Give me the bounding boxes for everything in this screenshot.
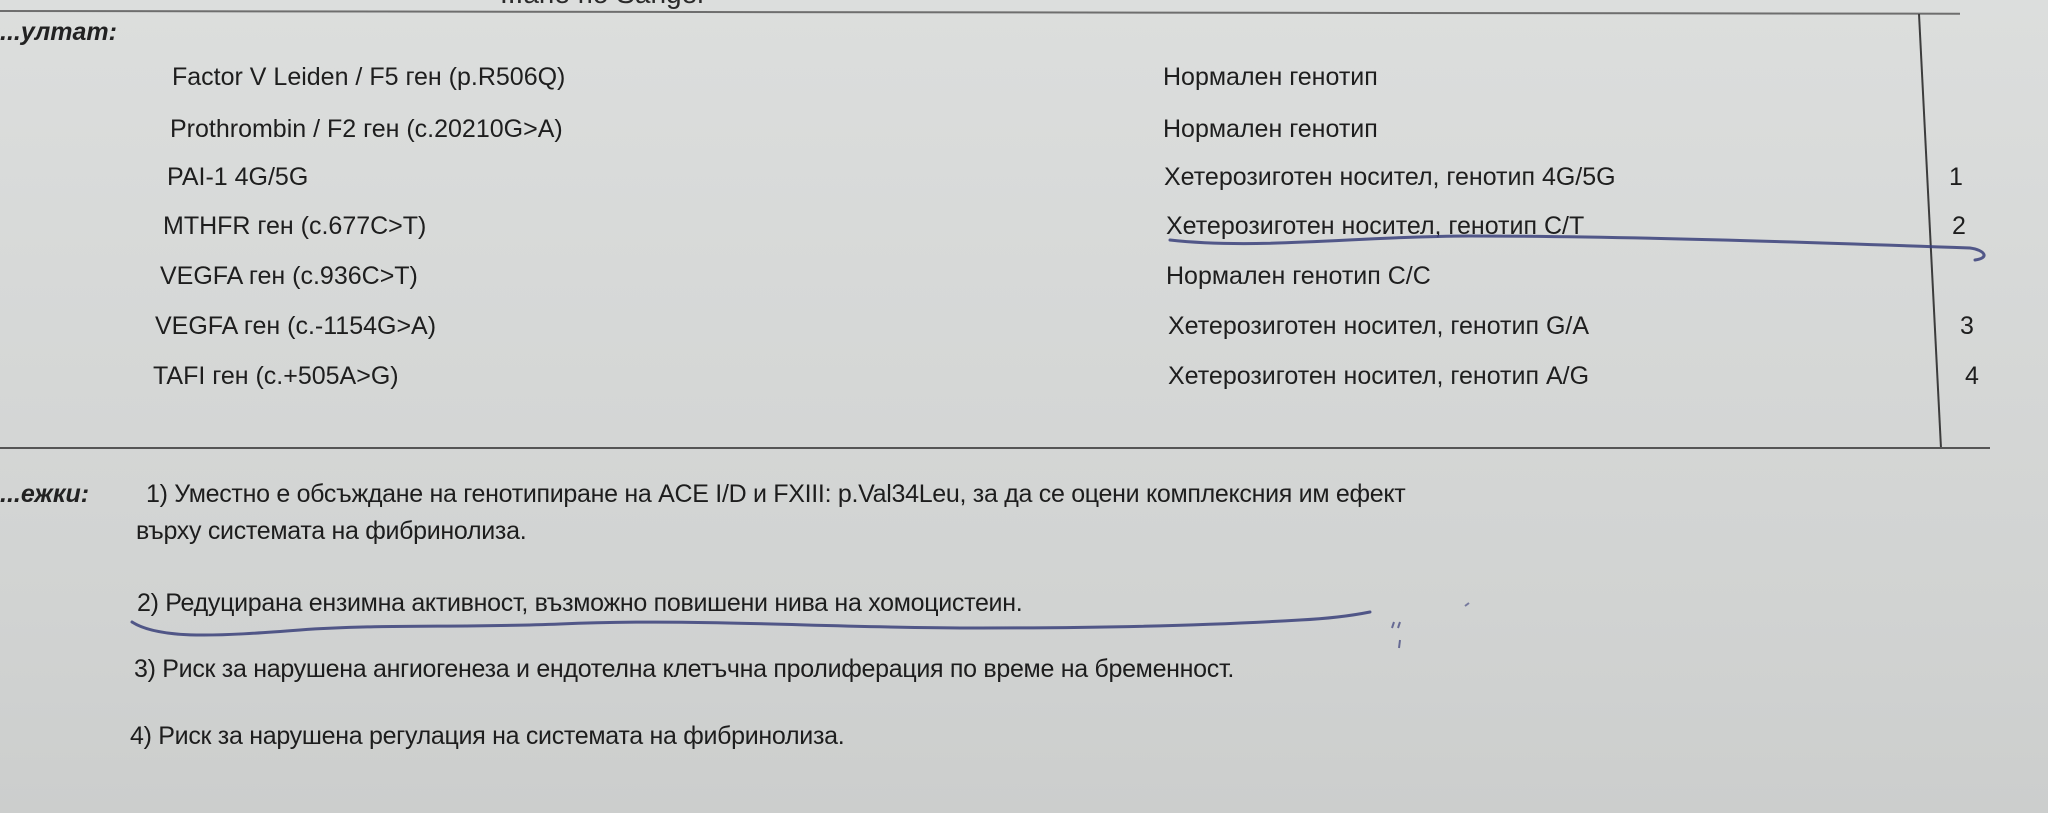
note-reference: 4 bbox=[1965, 362, 1979, 391]
note-item-3: 3) Риск за нарушена ангиогенеза и ендоте… bbox=[134, 655, 1234, 684]
table-bottom-rule bbox=[0, 447, 1990, 449]
genotype-result: Хетерозиготен носител, генотип C/T bbox=[1166, 212, 1584, 241]
note-reference: 3 bbox=[1960, 312, 1974, 341]
note-reference: 2 bbox=[1952, 212, 1966, 241]
result-row: PAI-1 4G/5G Хетерозиготен носител, генот… bbox=[0, 163, 2048, 199]
gene-name: VEGFA ген (c.936C>T) bbox=[160, 262, 418, 291]
gene-name: VEGFA ген (c.-1154G>A) bbox=[155, 312, 436, 341]
result-row: VEGFA ген (c.936C>T) Нормален генотип C/… bbox=[0, 262, 2048, 298]
result-row: VEGFA ген (c.-1154G>A) Хетерозиготен нос… bbox=[0, 312, 2048, 348]
gene-name: TAFI ген (c.+505A>G) bbox=[153, 362, 399, 391]
note-text: 3) Риск за нарушена ангиогенеза и ендоте… bbox=[134, 655, 1234, 683]
note-reference: 1 bbox=[1949, 163, 1963, 192]
gene-name: Factor V Leiden / F5 ген (p.R506Q) bbox=[172, 63, 565, 92]
result-row: Factor V Leiden / F5 ген (p.R506Q) Норма… bbox=[0, 63, 2048, 99]
note-text-line2: върху системата на фибринолиза. bbox=[136, 517, 1405, 546]
genotype-result: Нормален генотип bbox=[1163, 115, 1378, 144]
gene-name: PAI-1 4G/5G bbox=[167, 163, 308, 192]
cut-off-header-text: ...ане по Sanger bbox=[500, 0, 707, 10]
result-row: MTHFR ген (c.677C>T) Хетерозиготен носит… bbox=[0, 212, 2048, 248]
note-item-4: 4) Риск за нарушена регулация на система… bbox=[130, 722, 844, 751]
gene-name: Prothrombin / F2 ген (c.20210G>A) bbox=[170, 115, 563, 144]
note-text: 2) Редуцирана ензимна активност, възможн… bbox=[137, 589, 1022, 617]
genotype-result: Хетерозиготен носител, генотип G/A bbox=[1168, 312, 1589, 341]
table-top-rule bbox=[0, 10, 1960, 15]
photographed-report-page: ...ане по Sanger ...ултат: Factor V Leid… bbox=[0, 0, 2048, 813]
note-text-line1: 1) Уместно е обсъждане на генотипиране н… bbox=[146, 480, 1405, 508]
result-row: Prothrombin / F2 ген (c.20210G>A) Нормал… bbox=[0, 115, 2048, 151]
notes-section-label: ...ежки: bbox=[0, 480, 89, 509]
note-text: 4) Риск за нарушена регулация на система… bbox=[130, 722, 844, 750]
genotype-result: Нормален генотип bbox=[1163, 63, 1378, 92]
result-row: TAFI ген (c.+505A>G) Хетерозиготен носит… bbox=[0, 362, 2048, 398]
result-section-label: ...ултат: bbox=[0, 18, 117, 47]
genotype-result: Хетерозиготен носител, генотип 4G/5G bbox=[1164, 163, 1616, 192]
gene-name: MTHFR ген (c.677C>T) bbox=[163, 212, 426, 241]
genotype-result: Хетерозиготен носител, генотип A/G bbox=[1168, 362, 1589, 391]
note-item-2: 2) Редуцирана ензимна активност, възможн… bbox=[137, 589, 1022, 618]
genotype-result: Нормален генотип C/C bbox=[1166, 262, 1431, 291]
note-item-1: 1) Уместно е обсъждане на генотипиране н… bbox=[146, 480, 1405, 546]
